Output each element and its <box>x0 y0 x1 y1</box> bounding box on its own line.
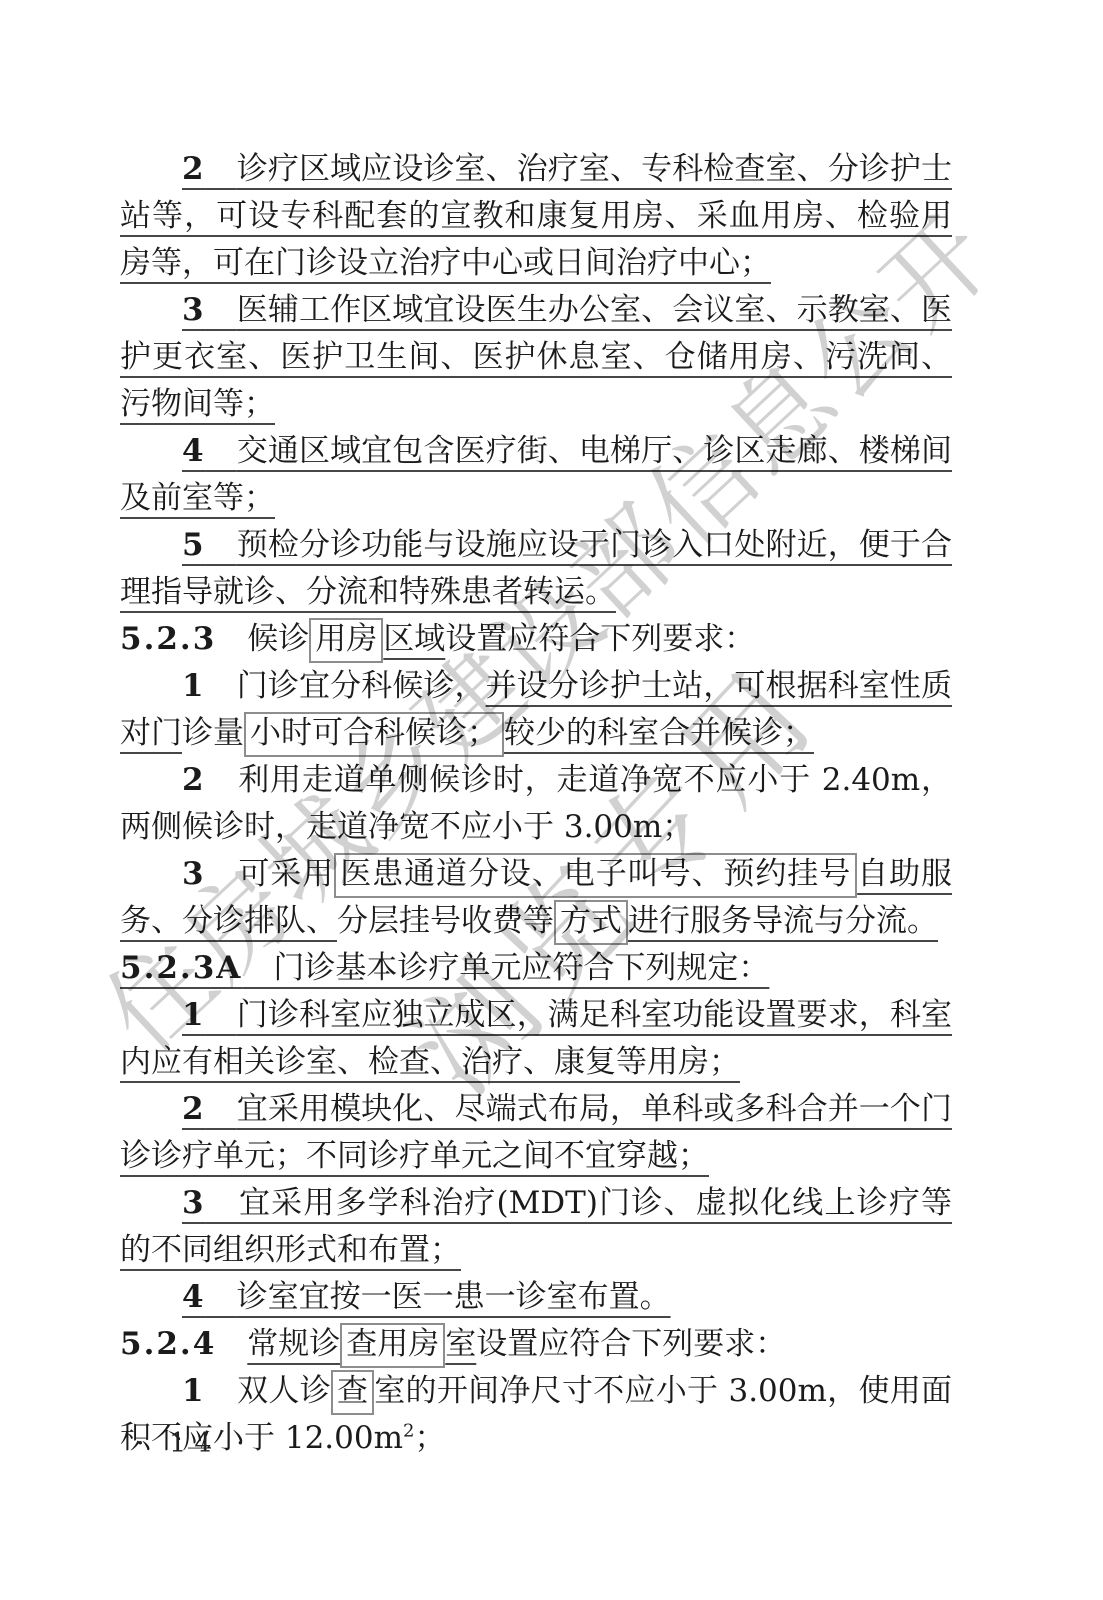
text-segment: 设置应符合下列要求： <box>445 621 755 657</box>
text-segment: 进行服务导流与分流。 <box>628 903 938 939</box>
text-segment: 可采用 <box>206 856 335 892</box>
text-segment: 医辅工作区域宜设医生办公室、会议室、示教室、医护更衣室、医护卫生间、医护休息室、… <box>120 292 952 422</box>
item-number: 5.2.3 <box>120 621 216 657</box>
text-segment: 设置应符合下列要求： <box>476 1326 786 1362</box>
list-item-paragraph: 4 诊室宜按一医一患一诊室布置。 <box>120 1274 952 1321</box>
item-number: 2 <box>182 151 206 187</box>
item-number: 1 <box>182 1373 206 1409</box>
text-segment: 诊疗区域应设诊室、治疗室、专科检查室、分诊护士站等，可设专科配套的宣教和康复用房… <box>120 151 952 281</box>
revision-boxed-text: 小时可合科候诊； <box>244 712 504 757</box>
clause-heading: 5.2.3A 门诊基本诊疗单元应符合下列规定： <box>120 945 952 992</box>
list-item-paragraph: 1 门诊科室应独立成区，满足科室功能设置要求，科室内应有相关诊室、检查、治疗、康… <box>120 992 952 1086</box>
text-segment: 候诊 <box>216 621 309 657</box>
page-number: · 14 · <box>136 1428 253 1459</box>
document-body: 2 诊疗区域应设诊室、治疗室、专科检查室、分诊护士站等，可设专科配套的宣教和康复… <box>120 146 952 1462</box>
text-segment <box>206 1091 237 1127</box>
text-segment: 双人诊 <box>206 1373 331 1409</box>
item-number: 5 <box>182 527 206 563</box>
clause-heading: 5.2.4 常规诊查用房室设置应符合下列要求： <box>120 1321 952 1368</box>
text-segment: 交通区域宜包含医疗街、电梯厅、诊区走廊、楼梯间及前室等； <box>120 433 952 516</box>
list-item-paragraph: 3 宜采用多学科治疗(MDT)门诊、虚拟化线上诊疗等的不同组织形式和布置； <box>120 1180 952 1274</box>
text-segment: 门诊基本诊疗单元应符合下列规定： <box>242 950 769 986</box>
text-segment: 分层挂号收费等 <box>337 903 554 939</box>
revision-boxed-text: 查 <box>331 1370 374 1415</box>
text-segment: 门诊科室应独立成区，满足科室功能设置要求，科室内应有相关诊室、检查、治疗、康复等… <box>120 997 952 1080</box>
item-number: 5.2.3A <box>120 950 242 986</box>
text-segment: 2 <box>403 1421 414 1442</box>
text-segment: ； <box>414 1420 445 1456</box>
list-item-paragraph: 1 门诊宜分科候诊，并设分诊护士站，可根据科室性质对门诊量小时可合科候诊；较少的… <box>120 663 952 757</box>
text-segment: 宜采用模块化、尽端式布局，单科或多科合并一个门诊诊疗单元；不同诊疗单元之间不宜穿… <box>120 1091 952 1174</box>
revision-boxed-text: 用房 <box>309 618 383 663</box>
revision-boxed-text: 方式 <box>554 900 628 945</box>
text-segment <box>206 433 237 469</box>
text-segment <box>206 151 237 187</box>
revision-boxed-text: 医患通道分设、电子叫号、预约挂号 <box>334 853 857 898</box>
item-number: 1 <box>182 668 206 704</box>
document-page: 2 诊疗区域应设诊室、治疗室、专科检查室、分诊护士站等，可设专科配套的宣教和康复… <box>0 0 1103 1600</box>
item-number: 2 <box>182 762 206 798</box>
text-segment: 门诊宜分科候诊， <box>206 668 486 704</box>
text-segment <box>216 1326 247 1362</box>
text-segment: 较少的科室合并候诊； <box>504 715 814 751</box>
list-item-paragraph: 2 宜采用模块化、尽端式布局，单科或多科合并一个门诊诊疗单元；不同诊疗单元之间不… <box>120 1086 952 1180</box>
text-segment: 诊室宜按一医一患一诊室布置。 <box>237 1279 671 1315</box>
item-number: 1 <box>182 997 206 1033</box>
list-item-paragraph: 3 可采用医患通道分设、电子叫号、预约挂号自助服务、分诊排队、分层挂号收费等方式… <box>120 851 952 945</box>
list-item-paragraph: 3 医辅工作区域宜设医生办公室、会议室、示教室、医护更衣室、医护卫生间、医护休息… <box>120 287 952 428</box>
text-segment: 区域 <box>383 621 445 657</box>
item-number: 5.2.4 <box>120 1326 216 1362</box>
text-segment <box>206 1279 237 1315</box>
item-number: 2 <box>182 1091 206 1127</box>
text-segment <box>206 527 237 563</box>
list-item-paragraph: 5 预检分诊功能与设施应设于门诊入口处附近，便于合理指导就诊、分流和特殊患者转运… <box>120 522 952 616</box>
clause-heading: 5.2.3 候诊用房区域设置应符合下列要求： <box>120 616 952 663</box>
list-item-paragraph: 2 利用走道单侧候诊时，走道净宽不应小于 2.40m，两侧候诊时，走道净宽不应小… <box>120 757 952 851</box>
text-segment <box>206 1185 239 1221</box>
text-segment: 利用走道单侧候诊时，走道净宽不应小于 2.40m，两侧候诊时，走道净宽不应小于 … <box>120 762 952 845</box>
text-segment: 常规诊 <box>247 1326 340 1362</box>
text-segment: 诊量 <box>182 715 244 751</box>
item-number: 3 <box>182 1185 206 1221</box>
list-item-paragraph: 4 交通区域宜包含医疗街、电梯厅、诊区走廊、楼梯间及前室等； <box>120 428 952 522</box>
revision-boxed-text: 查用房 <box>340 1323 445 1368</box>
list-item-paragraph: 2 诊疗区域应设诊室、治疗室、专科检查室、分诊护士站等，可设专科配套的宣教和康复… <box>120 146 952 287</box>
text-segment <box>206 997 237 1033</box>
text-segment: 预检分诊功能与设施应设于门诊入口处附近，便于合理指导就诊、分流和特殊患者转运。 <box>120 527 952 610</box>
text-segment: 宜采用多学科治疗(MDT)门诊、虚拟化线上诊疗等的不同组织形式和布置； <box>120 1185 952 1268</box>
item-number: 4 <box>182 433 206 469</box>
text-segment <box>206 292 237 328</box>
item-number: 3 <box>182 856 206 892</box>
text-segment: 室 <box>445 1326 476 1362</box>
item-number: 3 <box>182 292 206 328</box>
item-number: 4 <box>182 1279 206 1315</box>
